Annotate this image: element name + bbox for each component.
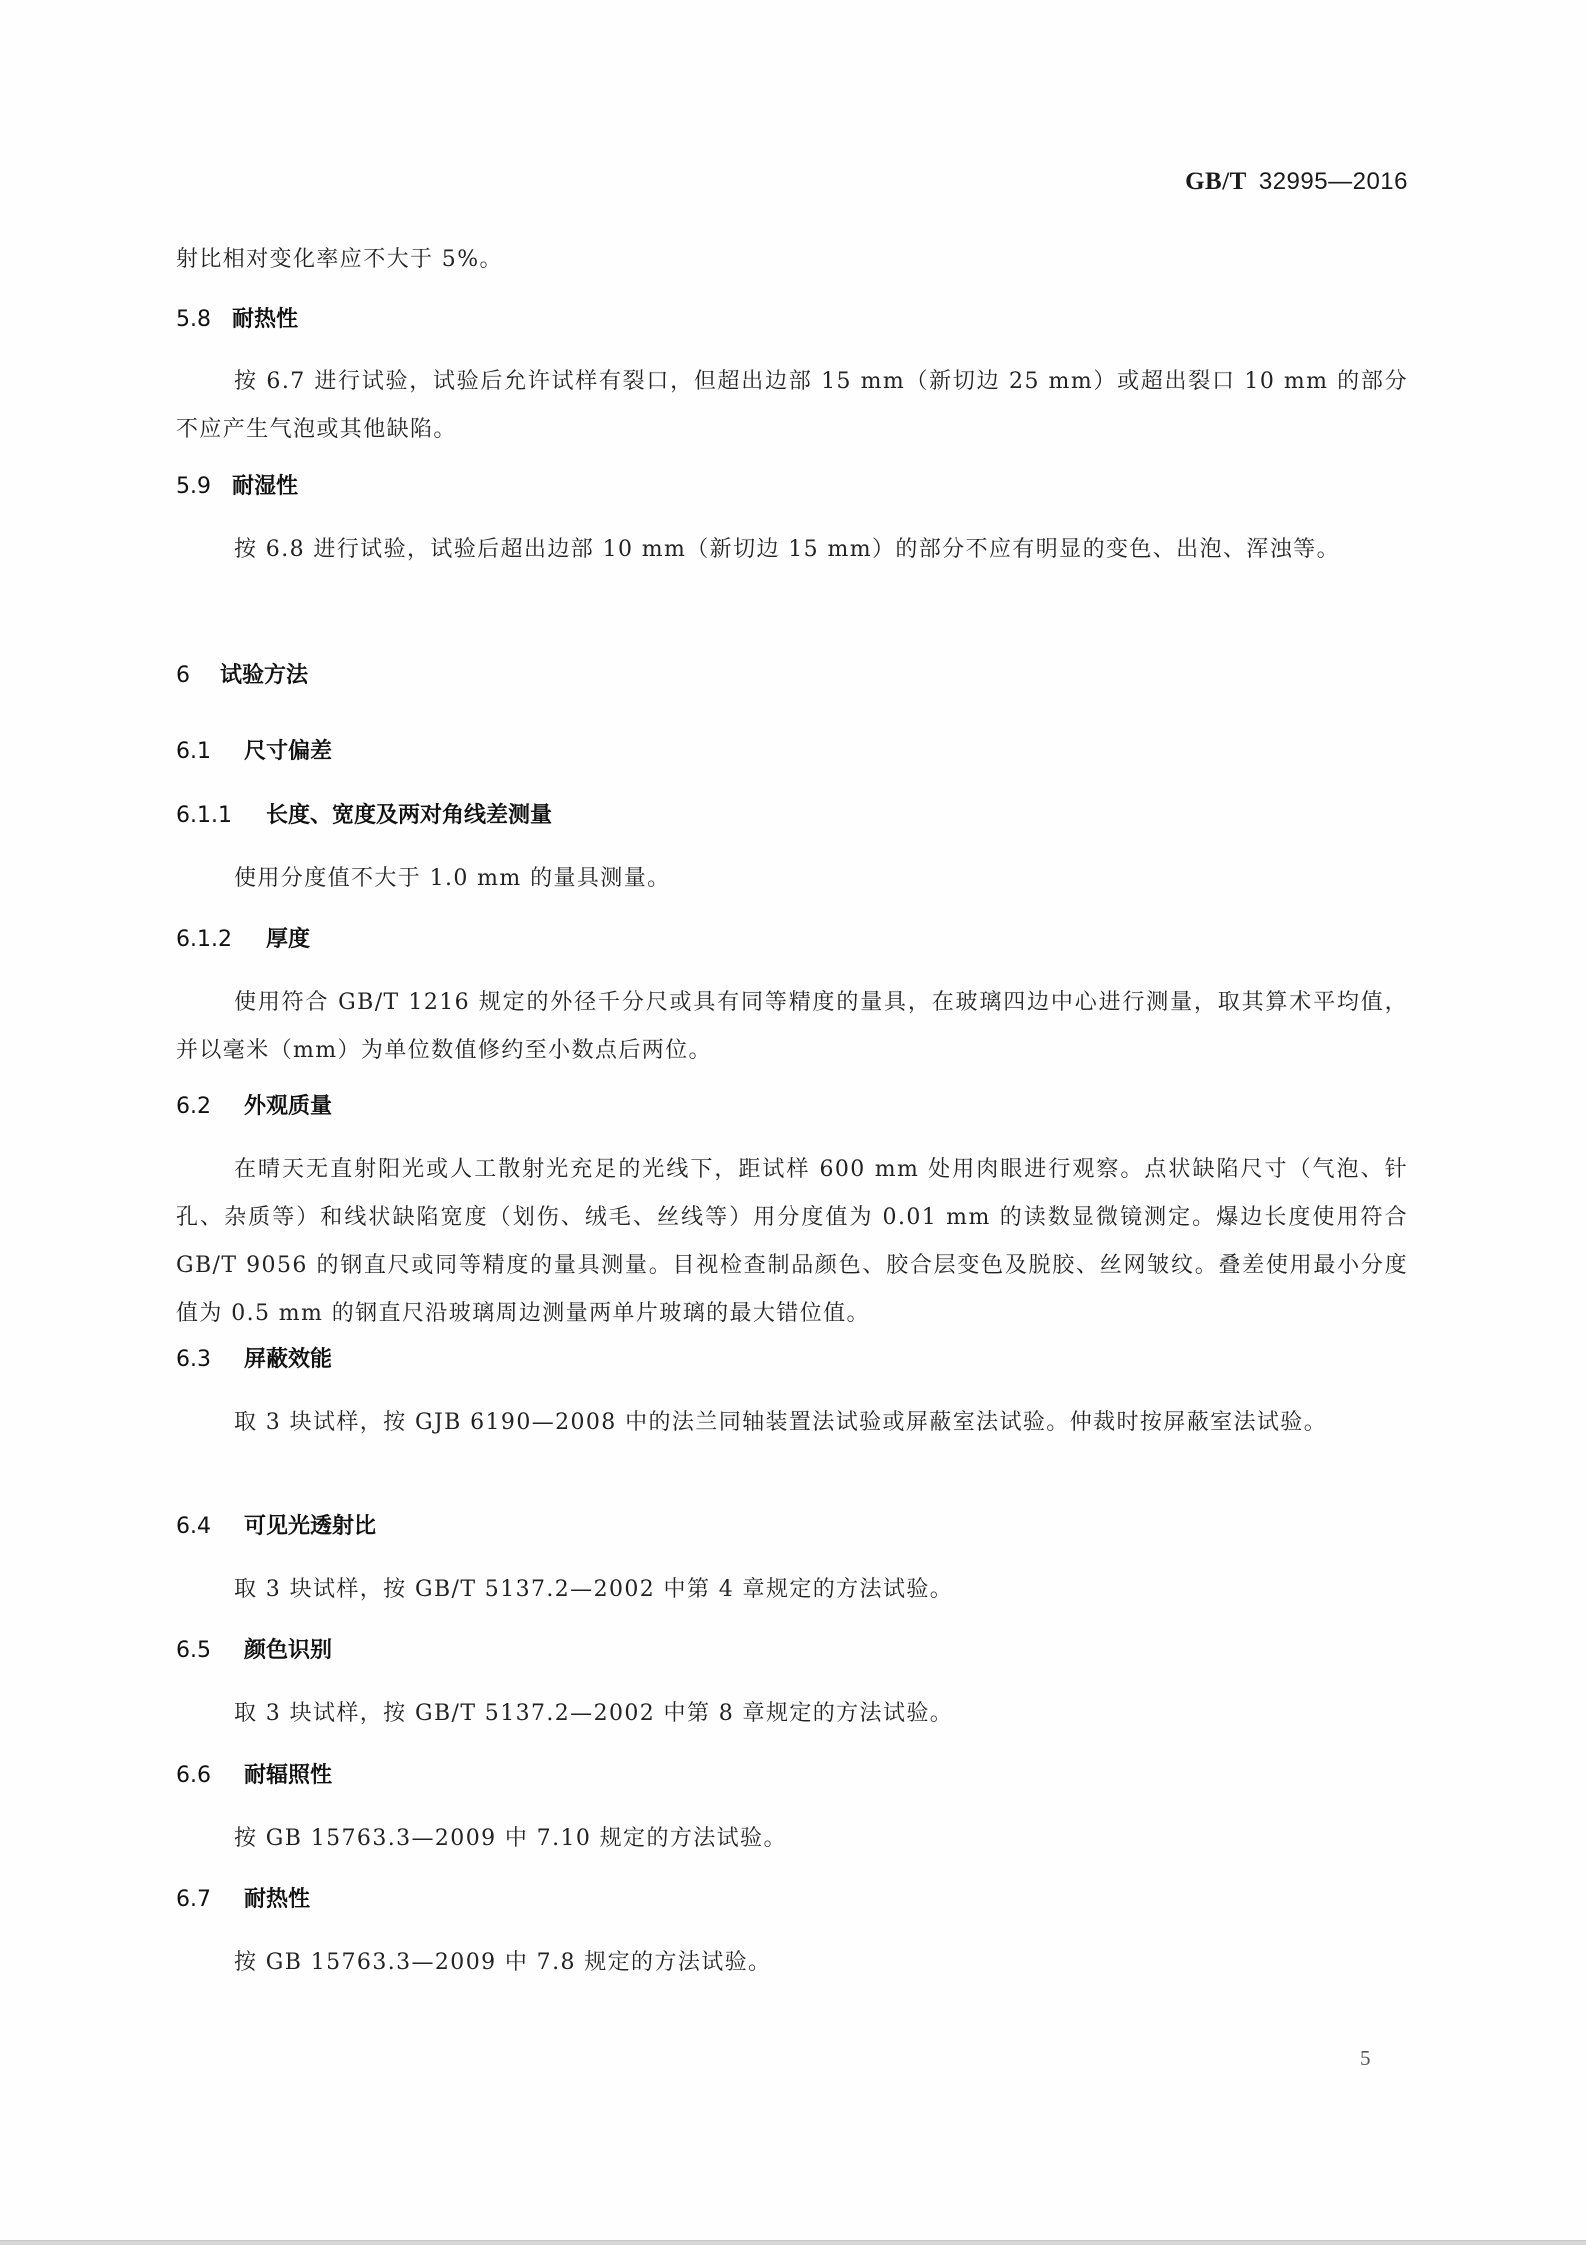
heading-6-3: 6.3屏蔽效能 — [176, 1345, 1408, 1375]
heading-title: 尺寸偏差 — [244, 739, 332, 764]
heading-6: 6试验方法 — [176, 661, 1408, 691]
paragraph-6-1-1: 使用分度值不大于 1.0 mm 的量具测量。 — [176, 855, 1408, 903]
standard-header: GB/T32995—2016 — [1185, 168, 1408, 196]
page-number: 5 — [1360, 2046, 1371, 2071]
heading-number: 6.5 — [176, 1636, 244, 1666]
heading-title: 耐辐照性 — [244, 1763, 332, 1788]
heading-number: 6.1.2 — [176, 925, 266, 955]
page-bottom-edge — [0, 2240, 1586, 2245]
continuation-paragraph: 射比相对变化率应不大于 5%。 — [176, 236, 1408, 284]
heading-number: 5.8 — [176, 305, 232, 335]
heading-number: 6.1.1 — [176, 801, 266, 831]
heading-6-1-2: 6.1.2厚度 — [176, 925, 1408, 955]
paragraph-6-3: 取 3 块试样，按 GJB 6190—2008 中的法兰同轴装置法试验或屏蔽室法… — [176, 1399, 1408, 1447]
heading-number: 6.3 — [176, 1345, 244, 1375]
heading-number: 6.4 — [176, 1512, 244, 1542]
heading-5-9: 5.9耐湿性 — [176, 472, 1408, 502]
heading-title: 屏蔽效能 — [244, 1347, 332, 1372]
heading-6-4: 6.4可见光透射比 — [176, 1512, 1408, 1542]
heading-number: 5.9 — [176, 472, 232, 502]
heading-title: 耐热性 — [232, 307, 298, 332]
paragraph-6-2: 在晴天无直射阳光或人工散射光充足的光线下，距试样 600 mm 处用肉眼进行观察… — [176, 1146, 1408, 1338]
heading-6-5: 6.5颜色识别 — [176, 1636, 1408, 1666]
heading-title: 耐热性 — [244, 1887, 310, 1912]
standard-number: 32995—2016 — [1259, 168, 1408, 195]
heading-6-2: 6.2外观质量 — [176, 1092, 1408, 1122]
heading-6-7: 6.7耐热性 — [176, 1885, 1408, 1915]
heading-title: 长度、宽度及两对角线差测量 — [266, 803, 552, 828]
paragraph-6-6: 按 GB 15763.3—2009 中 7.10 规定的方法试验。 — [176, 1815, 1408, 1863]
heading-title: 耐湿性 — [232, 474, 298, 499]
heading-title: 外观质量 — [244, 1094, 332, 1119]
heading-6-6: 6.6耐辐照性 — [176, 1761, 1408, 1791]
heading-title: 厚度 — [266, 927, 310, 952]
heading-5-8: 5.8耐热性 — [176, 305, 1408, 335]
heading-title: 可见光透射比 — [244, 1514, 376, 1539]
paragraph-6-5: 取 3 块试样，按 GB/T 5137.2—2002 中第 8 章规定的方法试验… — [176, 1690, 1408, 1738]
heading-6-1-1: 6.1.1长度、宽度及两对角线差测量 — [176, 801, 1408, 831]
heading-number: 6.1 — [176, 737, 244, 767]
paragraph-5-8: 按 6.7 进行试验，试验后允许试样有裂口，但超出边部 15 mm（新切边 25… — [176, 358, 1408, 454]
paragraph-6-4: 取 3 块试样，按 GB/T 5137.2—2002 中第 4 章规定的方法试验… — [176, 1566, 1408, 1614]
heading-number: 6.2 — [176, 1092, 244, 1122]
heading-title: 试验方法 — [220, 663, 308, 688]
heading-number: 6.6 — [176, 1761, 244, 1791]
heading-number: 6.7 — [176, 1885, 244, 1915]
paragraph-6-1-2: 使用符合 GB/T 1216 规定的外径千分尺或具有同等精度的量具，在玻璃四边中… — [176, 979, 1408, 1075]
heading-title: 颜色识别 — [244, 1638, 332, 1663]
standard-code: GB/T — [1185, 168, 1247, 195]
paragraph-6-7: 按 GB 15763.3—2009 中 7.8 规定的方法试验。 — [176, 1939, 1408, 1987]
paragraph-5-9: 按 6.8 进行试验，试验后超出边部 10 mm（新切边 15 mm）的部分不应… — [176, 526, 1408, 574]
heading-number: 6 — [176, 661, 220, 691]
heading-6-1: 6.1尺寸偏差 — [176, 737, 1408, 767]
